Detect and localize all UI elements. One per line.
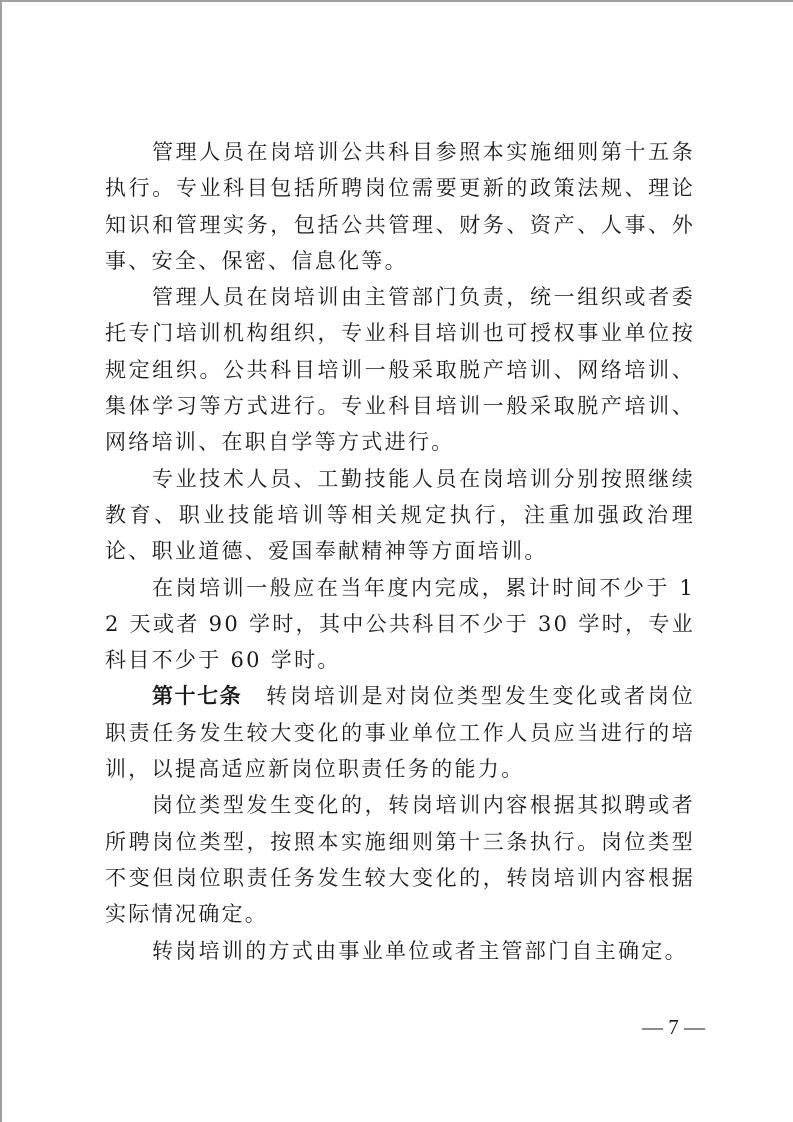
article-number: 第十七条 (152, 683, 242, 708)
paragraph-article-17: 第十七条 转岗培训是对岗位类型发生变化或者岗位职责任务发生较大变化的事业单位工作… (105, 678, 695, 787)
document-page: 管理人员在岗培训公共科目参照本实施细则第十五条执行。专业科目包括所聘岗位需要更新… (0, 0, 793, 1122)
paragraph-2: 管理人员在岗培训由主管部门负责，统一组织或者委托专门培训机构组织，专业科目培训也… (105, 279, 695, 460)
page-number: — 7 — (642, 1015, 702, 1040)
paragraph-3: 专业技术人员、工勤技能人员在岗培训分别按照继续教育、职业技能培训等相关规定执行，… (105, 461, 695, 570)
paragraph-7: 转岗培训的方式由事业单位或者主管部门自主确定。 (105, 933, 695, 969)
paragraph-1: 管理人员在岗培训公共科目参照本实施细则第十五条执行。专业科目包括所聘岗位需要更新… (105, 134, 695, 279)
body-text: 管理人员在岗培训公共科目参照本实施细则第十五条执行。专业科目包括所聘岗位需要更新… (105, 134, 695, 969)
paragraph-6: 岗位类型发生变化的，转岗培训内容根据其拟聘或者所聘岗位类型，按照本实施细则第十三… (105, 787, 695, 932)
paragraph-4: 在岗培训一般应在当年度内完成，累计时间不少于 12 天或者 90 学时，其中公共… (105, 570, 695, 679)
